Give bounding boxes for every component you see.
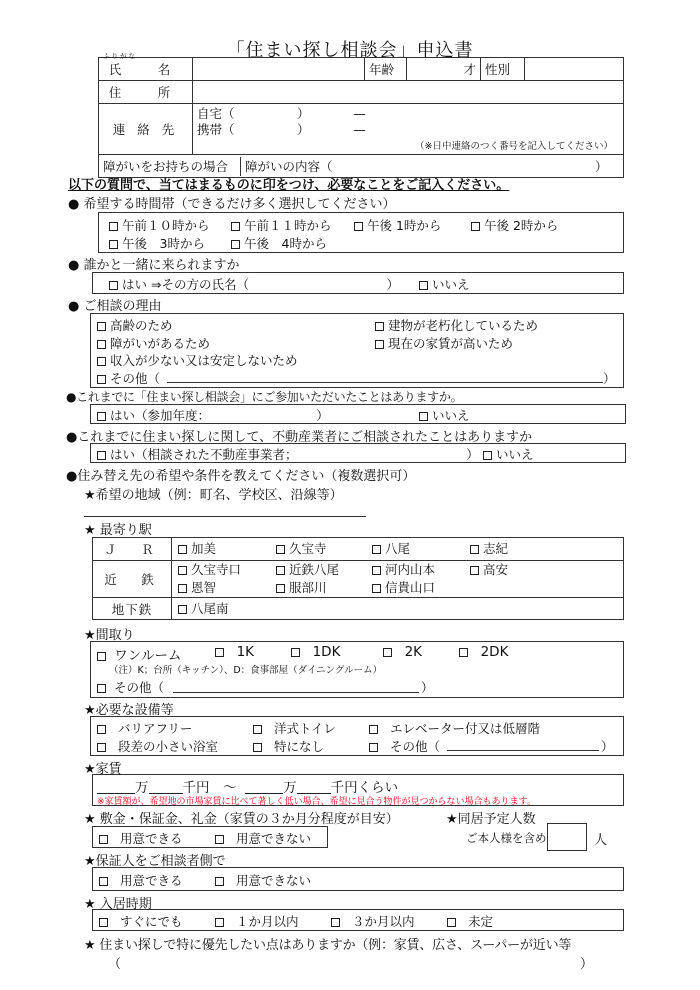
layout-other-option[interactable]: その他（	[97, 678, 164, 696]
time-option-3pm[interactable]: 午後 3時から	[109, 234, 205, 252]
move-in-undecided-option[interactable]: 未定	[447, 912, 493, 930]
deposit-heading: ★ 敷金・保証金、礼金（家賃の３か月分程度が目安）	[84, 808, 399, 827]
reason-disability-option[interactable]: 障がいがあるため	[97, 334, 210, 352]
reason-other-option[interactable]: その他（	[97, 369, 160, 387]
station-kyuhoji[interactable]: 久宝寺	[276, 540, 372, 558]
deposit-box: 用意できる 用意できない	[92, 826, 328, 848]
reason-elderly-option[interactable]: 高齢のため	[97, 316, 173, 334]
stations-heading: ★ 最寄り駅	[84, 519, 152, 538]
kintetsu-line-label: 近 鉄	[93, 561, 172, 598]
realtor-no-option[interactable]: いいえ	[483, 445, 534, 463]
contact-label: 連 絡 先	[99, 104, 193, 155]
past-event-box: はい（参加年度： ） いいえ	[90, 404, 626, 424]
gender-field[interactable]	[525, 58, 624, 81]
layout-oneroom-option[interactable]: ワンルーム	[97, 644, 181, 664]
station-kyuhojiguchi[interactable]: 久宝寺口	[178, 561, 276, 579]
rent-range: 万千円 ～ 万千円くらい	[97, 776, 398, 796]
age-field[interactable]: 才	[407, 58, 481, 81]
station-kami[interactable]: 加美	[178, 540, 276, 558]
time-option-2pm[interactable]: 午後 2時から	[471, 216, 558, 234]
reason-building-aging-option[interactable]: 建物が老朽化しているため	[375, 316, 538, 334]
guarantor-can-prepare-option[interactable]: 用意できる	[99, 871, 182, 889]
rent-min-man-input[interactable]	[97, 782, 135, 794]
disability-label: 障がいをお持ちの場合	[99, 157, 241, 176]
facility-other-input-line[interactable]	[447, 750, 599, 751]
station-kawachi-yamamoto[interactable]: 河内山本	[372, 561, 470, 579]
reason-other-input-line[interactable]	[167, 382, 603, 383]
companion-box: はい ⇒その方の氏名（ ） いいえ	[92, 272, 624, 294]
layout-2dk-option[interactable]: 2DK	[459, 644, 508, 660]
reason-box: 高齢のため 建物が老朽化しているため 障がいがあるため 現在の家賃が高いため 収…	[90, 313, 624, 388]
layout-1dk-option[interactable]: 1DK	[291, 644, 340, 660]
name-label: ふりがな 氏 名	[99, 58, 193, 81]
station-takayasu[interactable]: 高安	[470, 561, 566, 579]
facility-other-option[interactable]: その他（	[369, 737, 440, 755]
reason-question: ● ご相談の理由	[68, 295, 161, 314]
time-option-1pm[interactable]: 午後 1時から	[354, 216, 441, 234]
household-unit: 人	[594, 829, 607, 848]
time-options-box: 午前１０時から 午前１１時から 午後 1時から 午後 2時から 午後 3時から …	[98, 212, 624, 253]
contact-note: （※日中連絡のつく番号を記入してください）	[197, 138, 619, 152]
gender-label: 性別	[481, 58, 525, 81]
rent-box: 万千円 ～ 万千円くらい ※家賃額が、希望地の市場家賃に比べて著しく低い場合、希…	[92, 774, 624, 806]
realtor-yes-option[interactable]: はい（相談された不動産事業者； ）	[97, 445, 479, 463]
facility-low-step-bath-option[interactable]: 段差の小さい浴室	[97, 737, 218, 755]
past-event-yes-option[interactable]: はい（参加年度： ）	[97, 406, 329, 424]
station-shigisanguchi[interactable]: 信貴山口	[372, 579, 470, 597]
companion-yes-option[interactable]: はい ⇒その方の氏名（ ）	[109, 275, 399, 293]
area-label: ★希望の地域（例：町名、学校区、沿線等）	[84, 484, 343, 503]
household-prefix: ご本人様を含め	[466, 830, 547, 846]
disability-detail-field[interactable]: 障がいの内容（ ）	[241, 157, 608, 176]
rent-max-man-input[interactable]	[245, 782, 283, 794]
companion-no-option[interactable]: いいえ	[419, 275, 470, 293]
past-event-no-option[interactable]: いいえ	[419, 406, 470, 424]
address-label: 住 所	[99, 81, 193, 104]
household-heading: ★同居予定人数	[446, 808, 536, 827]
guarantor-cannot-prepare-option[interactable]: 用意できない	[215, 871, 311, 889]
time-option-11am[interactable]: 午前１１時から	[231, 216, 332, 234]
realtor-box: はい（相談された不動産事業者； ） いいえ	[90, 443, 626, 463]
layout-other-input-line[interactable]	[173, 692, 419, 693]
name-field[interactable]	[193, 58, 365, 81]
age-label: 年齢	[365, 58, 407, 81]
priority-heading: ★ 住まい探しで特に優先したい点はありますか（例：家賃、広さ、スーパーが近い等	[84, 934, 571, 953]
address-field[interactable]	[193, 81, 624, 104]
stations-table: Ｊ Ｒ 加美 久宝寺 八尾 志紀 近 鉄 久宝寺口 近鉄八尾 河内山本 高安 恩…	[92, 537, 624, 620]
rent-warning: ※家賃額が、希望地の市場家賃に比べて著しく低い場合、希望に見合う物件が見つからな…	[97, 794, 536, 807]
mobile-phone-field[interactable]: 携帯（ ） —	[197, 122, 619, 138]
instruction-text: 以下の質問で、当てはまるものに印をつけ、必要なことをご記入ください。	[68, 174, 509, 193]
reason-low-income-option[interactable]: 収入が少ない又は安定しないため	[97, 351, 298, 369]
area-input-line[interactable]	[84, 516, 366, 517]
applicant-info-table: ふりがな 氏 名 年齢 才 性別 住 所 連 絡 先 自宅（ ） — 携帯（ ）…	[98, 57, 624, 178]
station-hattorigawa[interactable]: 服部川	[276, 579, 372, 597]
station-yao[interactable]: 八尾	[372, 540, 470, 558]
time-question: ● 希望する時間帯（できるだけ多く選択してください）	[68, 193, 395, 212]
household-count-input[interactable]	[547, 823, 587, 851]
deposit-cannot-prepare-option[interactable]: 用意できない	[215, 829, 311, 847]
move-in-box: すぐにでも １か月以内 ３か月以内 未定	[92, 909, 624, 931]
station-onji[interactable]: 恩智	[178, 579, 276, 597]
rent-max-sen-input[interactable]	[297, 782, 331, 794]
priority-close-paren: ）	[580, 953, 593, 972]
furigana-label: ふりがな	[103, 51, 137, 60]
station-kintetsu-yao[interactable]: 近鉄八尾	[276, 561, 372, 579]
move-in-3months-option[interactable]: ３か月以内	[331, 912, 414, 930]
station-yaominami[interactable]: 八尾南	[178, 600, 276, 618]
station-shiki[interactable]: 志紀	[470, 540, 566, 558]
facility-none-option[interactable]: 特になし	[253, 737, 324, 755]
conditions-question: ●住み替え先の希望や条件を教えてください（複数選択可）	[66, 465, 415, 484]
layout-2k-option[interactable]: 2K	[383, 644, 422, 660]
subway-line-label: 地下鉄	[93, 598, 172, 620]
layout-1k-option[interactable]: 1K	[215, 644, 254, 660]
facility-elevator-option[interactable]: エレベーター付又は低層階	[369, 719, 540, 737]
past-event-question: ●これまでに「住まい探し相談会」にご参加いただいたことはありますか。	[66, 388, 462, 405]
time-option-4pm[interactable]: 午後 4時から	[231, 234, 327, 252]
home-phone-field[interactable]: 自宅（ ） —	[197, 106, 619, 122]
facility-barrier-free-option[interactable]: バリアフリー	[97, 719, 192, 737]
move-in-immediately-option[interactable]: すぐにでも	[99, 912, 182, 930]
layout-note: （注）K；台所（キッチン）、D：食事部屋（ダイニングルーム）	[109, 662, 382, 676]
priority-open-paren: （	[108, 953, 121, 972]
guarantor-box: 用意できる 用意できない	[92, 867, 624, 891]
deposit-can-prepare-option[interactable]: 用意できる	[99, 829, 182, 847]
move-in-1month-option[interactable]: １か月以内	[215, 912, 298, 930]
facilities-box: バリアフリー 洋式トイレ エレベーター付又は低層階 段差の小さい浴室 特になし …	[90, 716, 624, 756]
rent-min-sen-input[interactable]	[149, 782, 183, 794]
priority-input[interactable]	[122, 953, 578, 969]
facility-western-toilet-option[interactable]: 洋式トイレ	[253, 719, 336, 737]
companion-question: ● 誰かと一緒に来られますか	[68, 254, 239, 273]
reason-high-rent-option[interactable]: 現在の家賃が高いため	[375, 334, 513, 352]
time-option-10am[interactable]: 午前１０時から	[109, 216, 210, 234]
jr-line-label: Ｊ Ｒ	[93, 538, 172, 561]
layout-box: ワンルーム 1K 1DK 2K 2DK （注）K；台所（キッチン）、D：食事部屋…	[90, 641, 624, 698]
